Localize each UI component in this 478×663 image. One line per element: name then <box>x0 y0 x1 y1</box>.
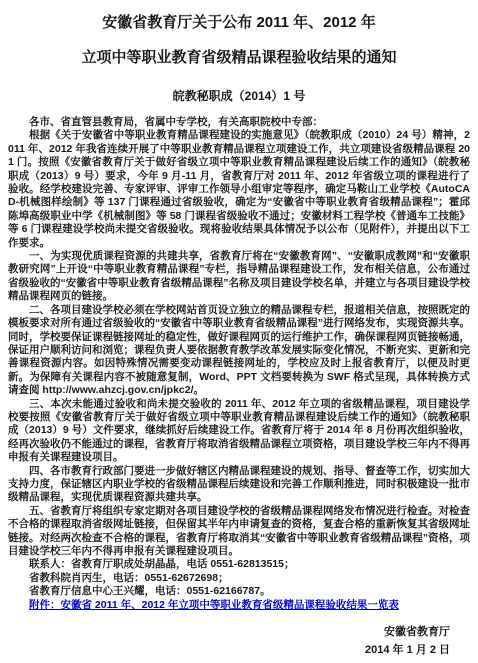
document-body: 各市、省直管县教育局，省属中专学校，有关高职院校中专部： 根据《关于安徽省中等职… <box>8 116 470 612</box>
paragraph-item-3: 三、本次未能通过验收和尚未提交验收的 2011 年、2012 年立项的省级精品课… <box>8 398 470 465</box>
paragraph-intro: 根据《关于安徽省中等职业教育精品课程建设的实施意见》（皖教职成（2010）24 … <box>8 129 470 250</box>
document-title-line1: 安徽省教育厅关于公布 2011 年、2012 年 <box>8 12 470 33</box>
document-number: 皖教秘职成（2014）1 号 <box>8 87 470 104</box>
paragraph-item-1: 一、为实现优质课程资源的共建共享，省教育厅将在“安徽教育网”、“安徽职成教网”和… <box>8 250 470 304</box>
contact-line-3: 省教育厅信息中心王兴耀，电话：0551-62166787。 <box>8 585 470 598</box>
attachment-link[interactable]: 附件：安徽省 2011 年、2012 年立项中等职业教育省级精品课程验收结果一览… <box>29 599 399 611</box>
signature-block: 安徽省教育厅 2014 年 1 月 2 日 <box>8 624 470 659</box>
attachment-line: 附件：安徽省 2011 年、2012 年立项中等职业教育省级精品课程验收结果一览… <box>8 599 470 612</box>
contact-line-2: 省教科院肖丙生，电话：0551-62672698； <box>8 572 470 585</box>
document-title-line2: 立项中等职业教育省级精品课程验收结果的通知 <box>8 47 470 68</box>
official-notice-document: 安徽省教育厅关于公布 2011 年、2012 年 立项中等职业教育省级精品课程验… <box>0 0 478 663</box>
paragraph-item-4: 四、各市教育行政部门要进一步做好辖区内精品课程建设的规划、指导、督查等工作，切实… <box>8 465 470 505</box>
paragraph-item-2: 二、各项目建设学校必须在学校网站首页设立独立的精品课程专栏，报道相关信息，按照既… <box>8 304 470 398</box>
signature-date: 2014 年 1 月 2 日 <box>8 642 450 660</box>
contact-line-1: 联系人：省教育厅职成处胡晶晶，电话 0551-62813515； <box>8 558 470 571</box>
signature-org: 安徽省教育厅 <box>8 624 450 642</box>
paragraph-item-5: 五、省教育厅将组织专家定期对各项目建设学校的省级精品课程网络发布情况进行检查。对… <box>8 505 470 559</box>
salutation: 各市、省直管县教育局，省属中专学校，有关高职院校中专部： <box>8 116 470 129</box>
